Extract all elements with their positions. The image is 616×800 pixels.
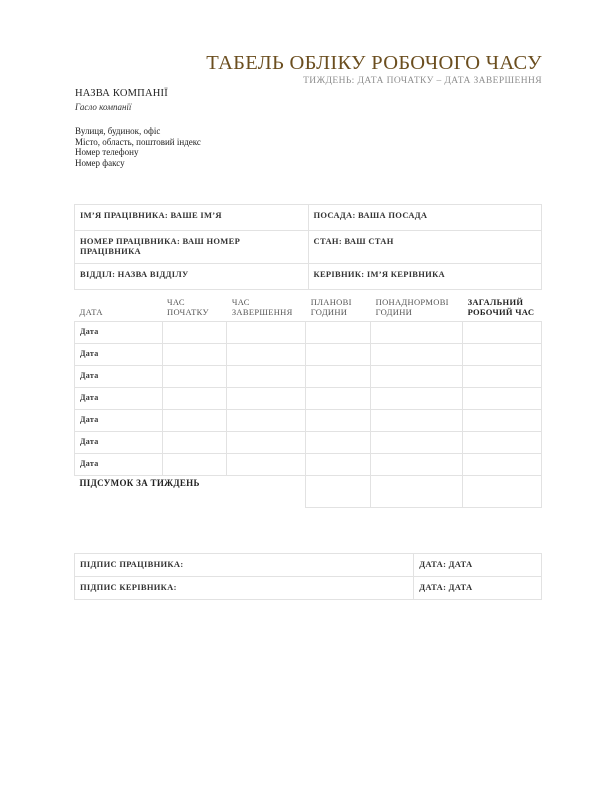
total-cell[interactable]	[463, 388, 542, 410]
employee-name-field[interactable]: ІМ’Я ПРАЦІВНИКА: ВАШЕ ІМ’Я	[75, 205, 309, 231]
planned-cell[interactable]	[306, 322, 371, 344]
date-cell[interactable]: Дата	[75, 366, 163, 388]
planned-cell[interactable]	[306, 454, 371, 476]
table-row: Дата	[75, 366, 542, 388]
end-cell[interactable]	[227, 432, 306, 454]
col-start-time: ЧАС ПОЧАТКУ	[162, 298, 227, 322]
overtime-cell[interactable]	[371, 322, 463, 344]
end-cell[interactable]	[227, 366, 306, 388]
start-cell[interactable]	[162, 410, 227, 432]
employee-signature-field[interactable]: ПІДПИС ПРАЦІВНИКА:	[75, 554, 414, 577]
table-row: Дата	[75, 410, 542, 432]
total-overtime-cell[interactable]	[371, 476, 463, 508]
hours-table: ДАТА ЧАС ПОЧАТКУ ЧАС ЗАВЕРШЕННЯ ПЛАНОВІ …	[74, 298, 542, 508]
company-address: Вулиця, будинок, офіс Місто, область, по…	[75, 126, 201, 168]
table-row: Дата	[75, 432, 542, 454]
table-row: Дата	[75, 344, 542, 366]
table-row: Дата	[75, 388, 542, 410]
address-street: Вулиця, будинок, офіс	[75, 126, 201, 137]
address-fax: Номер факсу	[75, 158, 201, 169]
company-name: НАЗВА КОМПАНІЇ	[75, 88, 201, 99]
end-cell[interactable]	[227, 388, 306, 410]
overtime-cell[interactable]	[371, 410, 463, 432]
table-row: Дата	[75, 322, 542, 344]
total-cell[interactable]	[463, 432, 542, 454]
address-city: Місто, область, поштовий індекс	[75, 137, 201, 148]
total-planned-cell[interactable]	[306, 476, 371, 508]
overtime-cell[interactable]	[371, 344, 463, 366]
manager-field[interactable]: КЕРІВНИК: ІМ’Я КЕРІВНИКА	[308, 264, 542, 290]
signature-table: ПІДПИС ПРАЦІВНИКА: ДАТА: ДАТА ПІДПИС КЕР…	[74, 553, 542, 600]
end-cell[interactable]	[227, 454, 306, 476]
blank-cell	[227, 476, 306, 508]
manager-signature-date[interactable]: ДАТА: ДАТА	[414, 577, 542, 600]
week-total-label: ПІДСУМОК ЗА ТИЖДЕНЬ	[75, 476, 227, 508]
date-cell[interactable]: Дата	[75, 432, 163, 454]
start-cell[interactable]	[162, 366, 227, 388]
overtime-cell[interactable]	[371, 366, 463, 388]
col-overtime-hours: ПОНАДНОРМОВІ ГОДИНИ	[371, 298, 463, 322]
date-cell[interactable]: Дата	[75, 344, 163, 366]
total-cell[interactable]	[463, 322, 542, 344]
overtime-cell[interactable]	[371, 432, 463, 454]
start-cell[interactable]	[162, 344, 227, 366]
col-date: ДАТА	[75, 298, 163, 322]
document-title: ТАБЕЛЬ ОБЛІКУ РОБОЧОГО ЧАСУ	[206, 52, 542, 75]
start-cell[interactable]	[162, 454, 227, 476]
department-field[interactable]: ВІДДІЛ: НАЗВА ВІДДІЛУ	[75, 264, 309, 290]
start-cell[interactable]	[162, 322, 227, 344]
employee-info-table: ІМ’Я ПРАЦІВНИКА: ВАШЕ ІМ’Я ПОСАДА: ВАША …	[74, 204, 542, 290]
overtime-cell[interactable]	[371, 388, 463, 410]
date-cell[interactable]: Дата	[75, 322, 163, 344]
start-cell[interactable]	[162, 388, 227, 410]
date-cell[interactable]: Дата	[75, 410, 163, 432]
total-hours-cell[interactable]	[463, 476, 542, 508]
planned-cell[interactable]	[306, 344, 371, 366]
address-phone: Номер телефону	[75, 147, 201, 158]
employee-signature-date[interactable]: ДАТА: ДАТА	[414, 554, 542, 577]
date-cell[interactable]: Дата	[75, 454, 163, 476]
col-total-hours: ЗАГАЛЬНИЙ РОБОЧИЙ ЧАС	[463, 298, 542, 322]
employee-number-field[interactable]: НОМЕР ПРАЦІВНИКА: ВАШ НОМЕР ПРАЦІВНИКА	[75, 231, 309, 264]
planned-cell[interactable]	[306, 410, 371, 432]
table-row: Дата	[75, 454, 542, 476]
end-cell[interactable]	[227, 344, 306, 366]
total-cell[interactable]	[463, 366, 542, 388]
col-end-time: ЧАС ЗАВЕРШЕННЯ	[227, 298, 306, 322]
planned-cell[interactable]	[306, 432, 371, 454]
planned-cell[interactable]	[306, 388, 371, 410]
date-cell[interactable]: Дата	[75, 388, 163, 410]
status-field[interactable]: СТАН: ВАШ СТАН	[308, 231, 542, 264]
total-cell[interactable]	[463, 410, 542, 432]
total-cell[interactable]	[463, 454, 542, 476]
company-block: НАЗВА КОМПАНІЇ Гасло компанії Вулиця, бу…	[75, 88, 201, 168]
end-cell[interactable]	[227, 322, 306, 344]
position-field[interactable]: ПОСАДА: ВАША ПОСАДА	[308, 205, 542, 231]
col-planned-hours: ПЛАНОВІ ГОДИНИ	[306, 298, 371, 322]
company-slogan: Гасло компанії	[75, 102, 201, 112]
overtime-cell[interactable]	[371, 454, 463, 476]
manager-signature-field[interactable]: ПІДПИС КЕРІВНИКА:	[75, 577, 414, 600]
planned-cell[interactable]	[306, 366, 371, 388]
week-range: ТИЖДЕНЬ: ДАТА ПОЧАТКУ – ДАТА ЗАВЕРШЕННЯ	[303, 76, 542, 86]
end-cell[interactable]	[227, 410, 306, 432]
start-cell[interactable]	[162, 432, 227, 454]
total-cell[interactable]	[463, 344, 542, 366]
